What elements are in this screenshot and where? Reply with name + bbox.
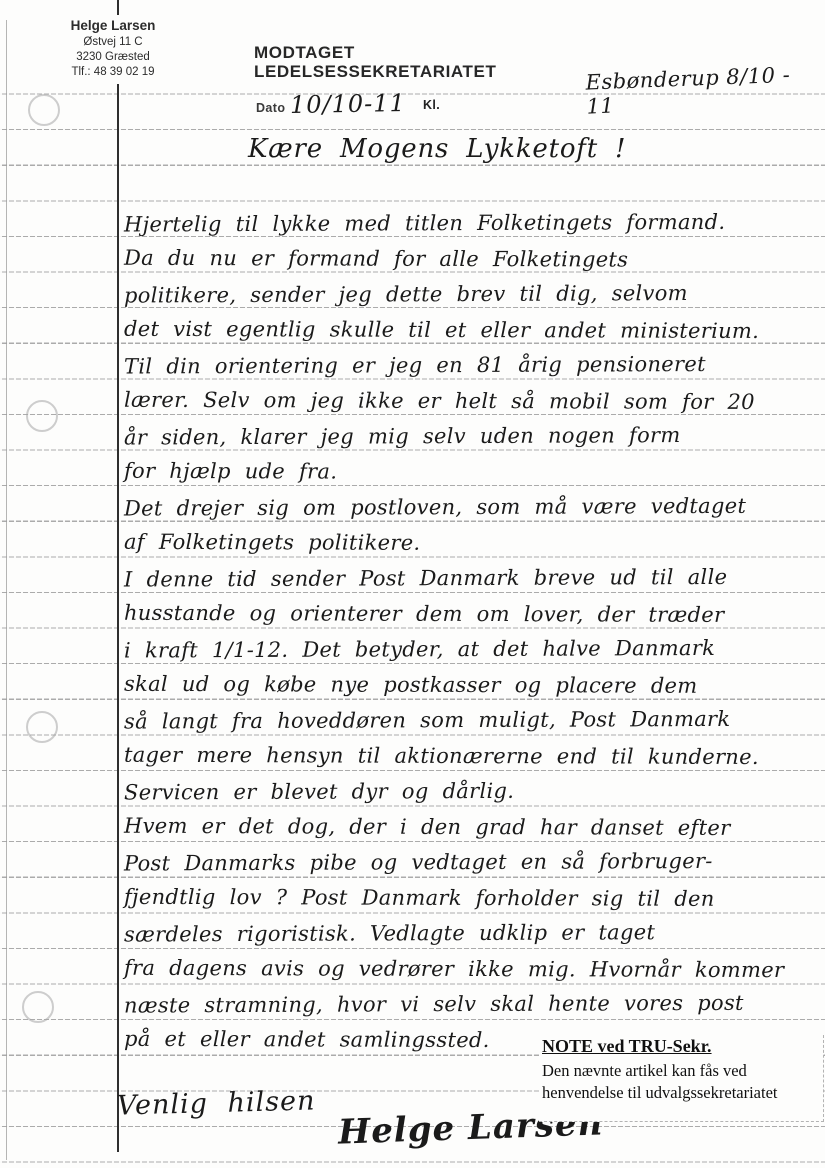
hole-punch bbox=[26, 711, 58, 743]
handwritten-line: politikere, sender jeg dette brev til di… bbox=[124, 275, 824, 314]
handwritten-line: i kraft 1/1-12. Det betyder, at det halv… bbox=[124, 630, 824, 669]
greeting-line: Kære Mogens Lykketoft ! bbox=[248, 134, 626, 164]
stamp-line-1: MODTAGET bbox=[254, 43, 496, 62]
handwritten-line: det vist egentlig skulle til et eller an… bbox=[124, 311, 824, 349]
hole-punch bbox=[22, 991, 54, 1023]
note-line-1: Den nævnte artikel kan fås ved bbox=[542, 1060, 820, 1082]
stamp-line-2: LEDELSESSEKRETARIATET bbox=[254, 62, 496, 81]
handwritten-line: næste stramning, hvor vi selv skal hente… bbox=[124, 985, 824, 1024]
handwritten-dateline: Esbønderup 8/10 - 11 bbox=[585, 61, 825, 118]
sender-phone: Tlf.: 48 39 02 19 bbox=[48, 65, 178, 80]
handwritten-line: år siden, klarer jeg mig selv uden nogen… bbox=[124, 417, 824, 456]
valediction: Venlig hilsen bbox=[117, 1085, 316, 1121]
handwritten-line: Det drejer sig om postloven, som må være… bbox=[124, 488, 824, 527]
stamp-time-label: Kl. bbox=[423, 98, 440, 112]
handwritten-line: I denne tid sender Post Danmark breve ud… bbox=[124, 559, 824, 598]
scanned-letter-page: Helge Larsen Østvej 11 C 3230 Græsted Tl… bbox=[0, 0, 825, 1168]
handwritten-line: fjendtlig lov ? Post Danmark forholder s… bbox=[124, 879, 824, 917]
handwritten-line: husstande og orienterer dem om lover, de… bbox=[124, 595, 824, 633]
handwritten-line: for hjælp ude fra. bbox=[124, 453, 824, 491]
handwritten-line: fra dagens avis og vedrører ikke mig. Hv… bbox=[124, 950, 824, 988]
sender-name: Helge Larsen bbox=[48, 18, 178, 35]
handwritten-line: skal ud og købe nye postkasser og placer… bbox=[124, 666, 824, 704]
handwritten-line: Post Danmarks pibe og vedtaget en så for… bbox=[124, 843, 824, 882]
sender-letterhead: Helge Larsen Østvej 11 C 3230 Græsted Tl… bbox=[48, 15, 178, 84]
note-line-2: henvendelse til udvalgssekretariatet bbox=[542, 1082, 820, 1104]
letter-body: Hjertelig til lykke med titlen Folketing… bbox=[124, 206, 824, 1058]
handwritten-line: Hjertelig til lykke med titlen Folketing… bbox=[124, 204, 824, 243]
margin-line bbox=[117, 0, 119, 1152]
received-stamp: MODTAGET LEDELSESSEKRETARIATET bbox=[254, 43, 496, 81]
note-title: NOTE ved TRU-Sekr. bbox=[542, 1036, 820, 1057]
handwritten-line: tager mere hensyn til aktionærerne end t… bbox=[124, 737, 824, 775]
hole-punch bbox=[26, 400, 58, 432]
hole-punch bbox=[28, 94, 60, 126]
handwritten-line: Hvem er det dog, der i den grad har dans… bbox=[124, 808, 824, 846]
handwritten-line: Til din orientering er jeg en 81 årig pe… bbox=[124, 346, 824, 385]
stamp-date-handwritten: 10/10-11 bbox=[290, 89, 406, 119]
handwritten-line: så langt fra hoveddøren som muligt, Post… bbox=[124, 701, 824, 740]
left-edge-line bbox=[6, 20, 7, 1160]
handwritten-line: Da du nu er formand for alle Folketinget… bbox=[124, 240, 824, 278]
sender-city: 3230 Græsted bbox=[48, 50, 178, 65]
handwritten-line: lærer. Selv om jeg ikke er helt så mobil… bbox=[124, 382, 824, 420]
stamp-date-label: Dato bbox=[256, 101, 285, 115]
handwritten-line: særdeles rigoristisk. Vedlagte udklip er… bbox=[124, 914, 824, 953]
handwritten-line: Servicen er blevet dyr og dårlig. bbox=[124, 772, 824, 811]
handwritten-line: af Folketingets politikere. bbox=[124, 524, 824, 562]
secretariat-note: NOTE ved TRU-Sekr. Den nævnte artikel ka… bbox=[539, 1035, 824, 1122]
sender-street: Østvej 11 C bbox=[48, 35, 178, 50]
